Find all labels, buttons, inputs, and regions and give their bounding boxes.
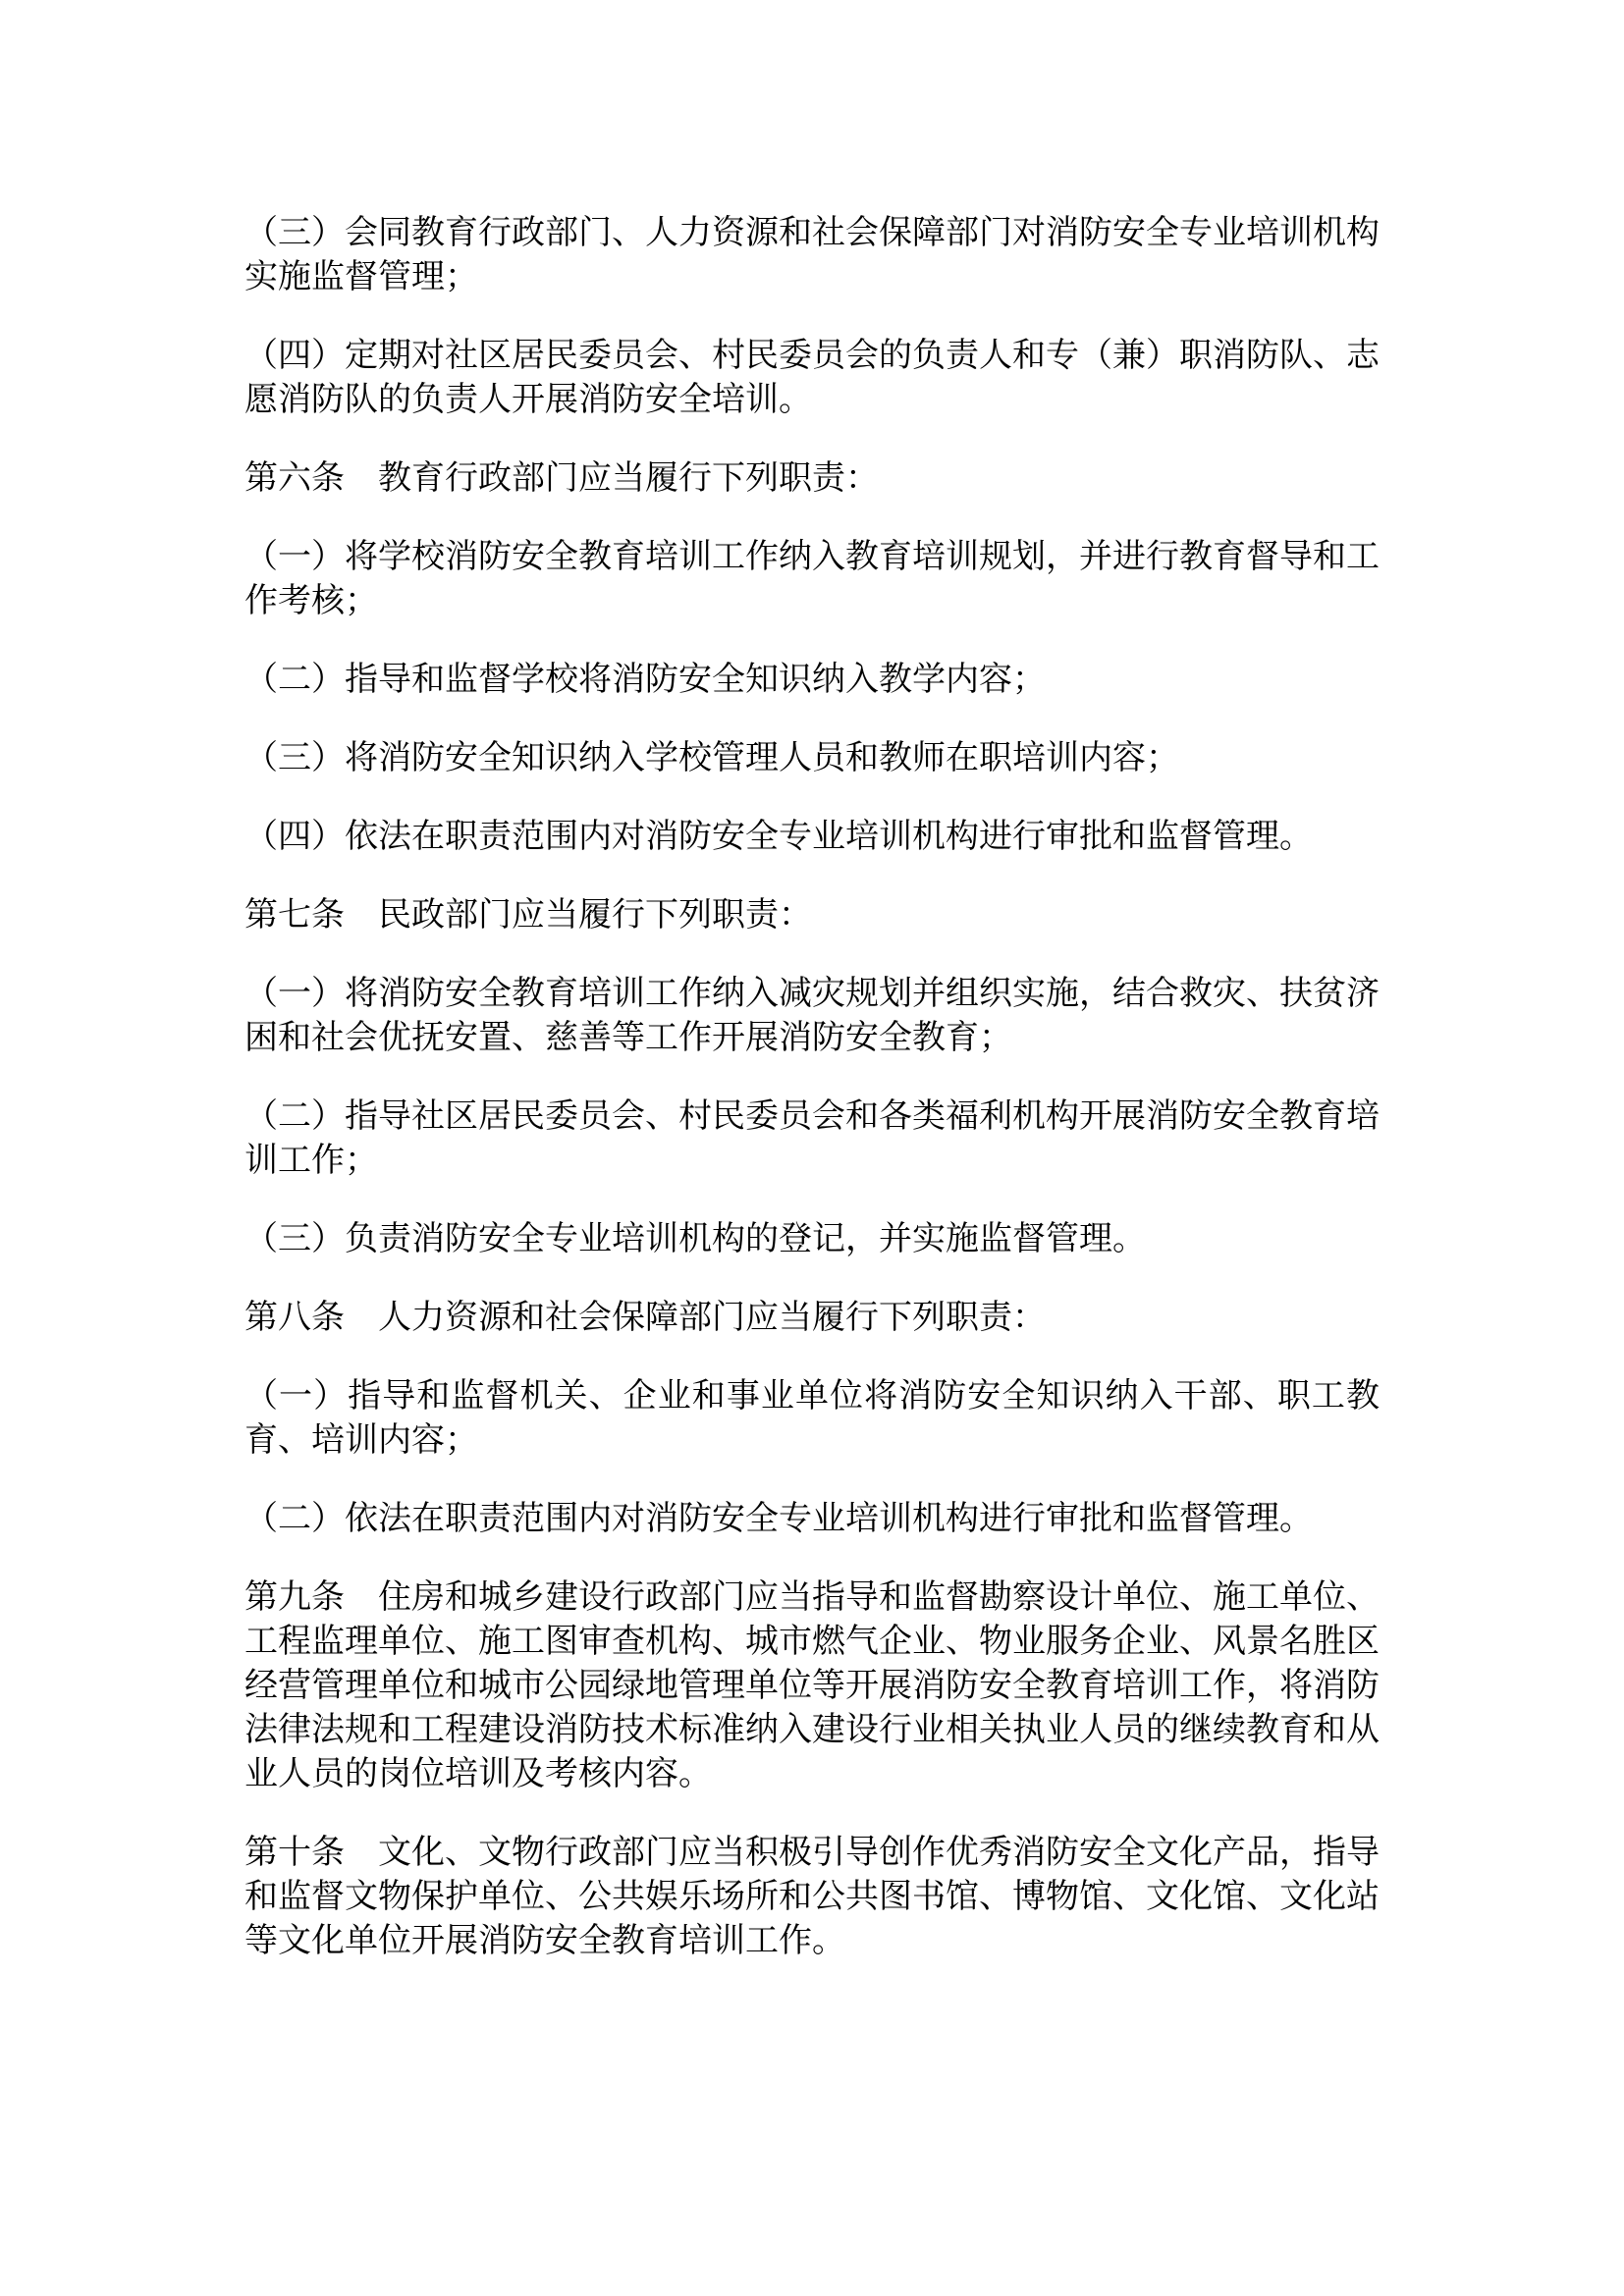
article-paragraph: 第九条 住房和城乡建设行政部门应当指导和监督勘察设计单位、施工单位、工程监理单位…: [244, 1575, 1380, 1796]
document-paragraph: （四）依法在职责范围内对消防安全专业培训机构进行审批和监督管理。: [244, 815, 1380, 859]
document-body: （三）会同教育行政部门、人力资源和社会保障部门对消防安全专业培训机构实施监督管理…: [244, 211, 1380, 1998]
document-paragraph: （一）将学校消防安全教育培训工作纳入教育培训规划，并进行教育督导和工作考核；: [244, 535, 1380, 623]
document-paragraph: （二）指导社区居民委员会、村民委员会和各类福利机构开展消防安全教育培训工作；: [244, 1095, 1380, 1183]
document-paragraph: （三）会同教育行政部门、人力资源和社会保障部门对消防安全专业培训机构实施监督管理…: [244, 211, 1380, 299]
document-paragraph: （二）指导和监督学校将消防安全知识纳入教学内容；: [244, 658, 1380, 702]
document-paragraph: （一）指导和监督机关、企业和事业单位将消防安全知识纳入干部、职工教育、培训内容；: [244, 1374, 1380, 1463]
article-paragraph: 第十条 文化、文物行政部门应当积极引导创作优秀消防安全文化产品，指导和监督文物保…: [244, 1831, 1380, 1963]
document-paragraph: （一）将消防安全教育培训工作纳入减灾规划并组织实施，结合救灾、扶贫济困和社会优抚…: [244, 972, 1380, 1060]
document-page: （三）会同教育行政部门、人力资源和社会保障部门对消防安全专业培训机构实施监督管理…: [0, 0, 1624, 2296]
document-paragraph: （三）负责消防安全专业培训机构的登记，并实施监督管理。: [244, 1217, 1380, 1261]
document-paragraph: （四）定期对社区居民委员会、村民委员会的负责人和专（兼）职消防队、志愿消防队的负…: [244, 334, 1380, 422]
article-heading-paragraph: 第六条 教育行政部门应当履行下列职责：: [244, 456, 1380, 501]
article-heading-paragraph: 第七条 民政部门应当履行下列职责：: [244, 893, 1380, 937]
document-paragraph: （二）依法在职责范围内对消防安全专业培训机构进行审批和监督管理。: [244, 1497, 1380, 1541]
article-heading-paragraph: 第八条 人力资源和社会保障部门应当履行下列职责：: [244, 1296, 1380, 1340]
document-paragraph: （三）将消防安全知识纳入学校管理人员和教师在职培训内容；: [244, 736, 1380, 780]
